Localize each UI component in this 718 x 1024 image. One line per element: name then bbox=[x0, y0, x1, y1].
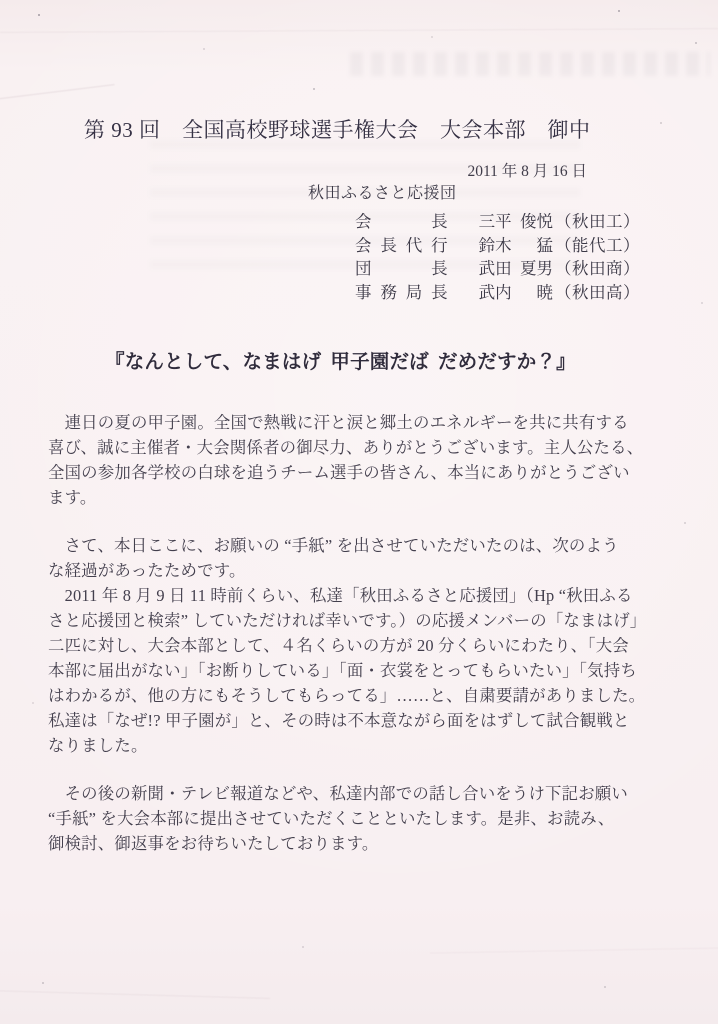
officer-affiliation: （能代工） bbox=[555, 232, 640, 256]
body-line: 本部に届出がない」「お断りしている」「面・衣裳をとってもらいたい」「気持ち bbox=[48, 658, 640, 683]
officer-name-last: 三平 bbox=[479, 208, 512, 232]
body-line: 喜び、誠に主催者・大会関係者の御尽力、ありがとうございます。主人公たる、 bbox=[48, 435, 640, 460]
date-line: 2011 年 8 月 16 日 bbox=[48, 162, 640, 181]
officer-affiliation: （秋田商） bbox=[555, 255, 640, 279]
officer-row: 会長 三平 俊悦 （秋田工） bbox=[355, 208, 640, 232]
body-line: 2011 年 8 月 9 日 11 時前くらい、私達「秋田ふるさと応援団」（Hp… bbox=[48, 583, 640, 608]
body-line: 御検討、御返事をお待ちいたしております。 bbox=[48, 831, 640, 856]
body-line: なりました。 bbox=[48, 733, 640, 758]
sender-org: 秋田ふるさと応援団 bbox=[308, 184, 640, 204]
officer-name-first: 俊悦 bbox=[520, 208, 553, 232]
letter-content: 第 93 回 全国高校野球選手権大会 大会本部 御中 2011 年 8 月 16… bbox=[0, 0, 718, 1024]
body-line: “手紙” を大会本部に提出させていただくことといたします。是非、お読み、 bbox=[48, 806, 640, 831]
officer-name-first: 夏男 bbox=[520, 255, 553, 279]
scanned-letter-page: 第 93 回 全国高校野球選手権大会 大会本部 御中 2011 年 8 月 16… bbox=[0, 0, 718, 1024]
body-line: その後の新聞・テレビ報道などや、私達内部での話し合いをうけ下記お願い bbox=[48, 781, 640, 806]
officer-name: 武田 夏男 bbox=[479, 255, 553, 279]
body-paragraph: その後の新聞・テレビ報道などや、私達内部での話し合いをうけ下記お願い“手紙” を… bbox=[48, 781, 640, 856]
officer-name: 三平 俊悦 bbox=[479, 208, 553, 232]
body-line: ます。 bbox=[48, 485, 640, 510]
officer-name-first: 猛 bbox=[537, 232, 554, 256]
officer-name-first: 暁 bbox=[537, 279, 554, 303]
officer-row: 会長代行 鈴木 猛 （能代工） bbox=[355, 232, 640, 256]
body-line: はわかるが、他の方にもそうしてもらってる」……と、自粛要請がありました。 bbox=[48, 683, 640, 708]
headline: 『なんとして、なまはげ 甲子園だば だめだすか？』 bbox=[105, 351, 640, 375]
officer-role: 団長 bbox=[355, 255, 448, 279]
body-line: 連日の夏の甲子園。全国で熱戦に汗と涙と郷土のエネルギーを共に共有する bbox=[48, 410, 640, 435]
letter-body: 連日の夏の甲子園。全国で熱戦に汗と涙と郷土のエネルギーを共に共有する喜び、誠に主… bbox=[48, 410, 640, 856]
body-line: さて、本日ここに、お願いの “手紙” を出させていただいたのは、次のよう bbox=[48, 533, 640, 558]
officer-role: 会長代行 bbox=[355, 232, 448, 256]
officer-name: 鈴木 猛 bbox=[479, 232, 553, 256]
body-line: さと応援団と検索” していただければ幸いです。）の応援メンバーの「なまはげ」 bbox=[48, 608, 640, 633]
officer-affiliation: （秋田工） bbox=[555, 208, 640, 232]
body-line: な経過があったためです。 bbox=[48, 558, 640, 583]
officer-name-last: 鈴木 bbox=[479, 232, 512, 256]
body-line: 二匹に対し、大会本部として、４名くらいの方が 20 分くらいにわたり、「大会 bbox=[48, 633, 640, 658]
officer-name-last: 武田 bbox=[479, 255, 512, 279]
officer-name: 武内 暁 bbox=[479, 279, 553, 303]
body-paragraph: 連日の夏の甲子園。全国で熱戦に汗と涙と郷土のエネルギーを共に共有する喜び、誠に主… bbox=[48, 410, 640, 510]
officer-name-last: 武内 bbox=[479, 279, 512, 303]
body-paragraph: さて、本日ここに、お願いの “手紙” を出させていただいたのは、次のような経過が… bbox=[48, 533, 640, 758]
officer-row: 事務局長 武内 暁 （秋田高） bbox=[355, 279, 640, 303]
officer-affiliation: （秋田高） bbox=[555, 279, 640, 303]
body-line: 全国の参加各学校の白球を追うチーム選手の皆さん、本当にありがとうござい bbox=[48, 460, 640, 485]
recipient-line: 第 93 回 全国高校野球選手権大会 大会本部 御中 bbox=[84, 118, 640, 143]
officer-role: 会長 bbox=[355, 208, 448, 232]
officer-row: 団長 武田 夏男 （秋田商） bbox=[355, 255, 640, 279]
body-line: 私達は「なぜ!? 甲子園が」と、その時は不本意ながら面をはずして試合観戦と bbox=[48, 708, 640, 733]
officer-list: 会長 三平 俊悦 （秋田工） 会長代行 鈴木 猛 （能代工） 団長 武 bbox=[355, 208, 640, 302]
officer-role: 事務局長 bbox=[355, 279, 448, 303]
